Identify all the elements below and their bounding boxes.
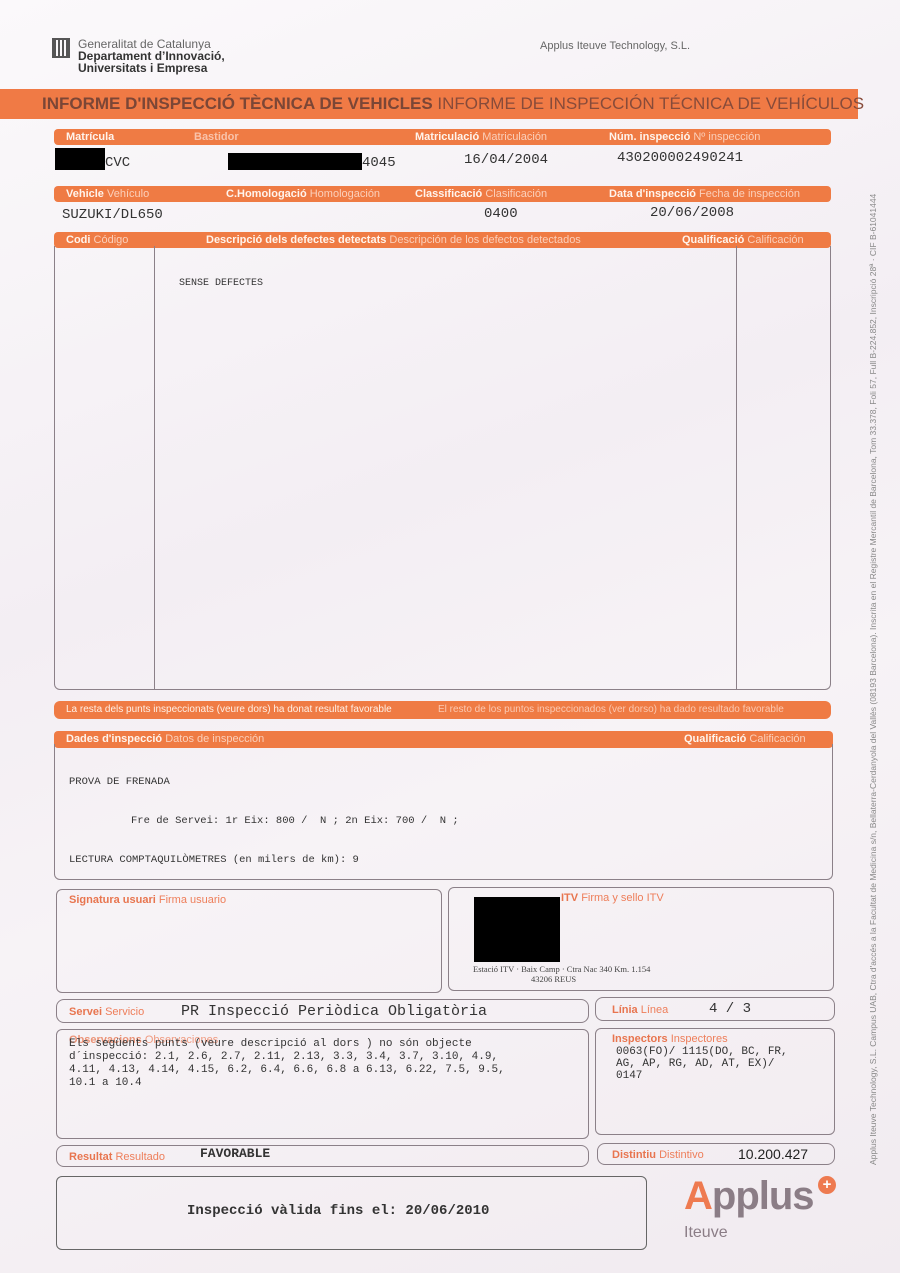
gencat-logo-icon	[52, 38, 70, 58]
vehicle-id-header-bar: Matrícula Bastidor Matriculació Matricul…	[54, 129, 831, 145]
inspector-line: 0147	[616, 1070, 788, 1082]
line-value: 4 / 3	[709, 1001, 751, 1017]
inspector-line: 0063(FO)/ 1115(DO, BC, FR,	[616, 1046, 788, 1058]
label-signatura-usuari: Signatura usuari	[69, 894, 156, 906]
applus-logo: Applus + Iteuve	[684, 1176, 814, 1242]
line-box: Línia Línea 4 / 3	[595, 997, 835, 1021]
inspection-data-box: PROVA DE FRENADA Fre de Servei: 1r Eix: …	[54, 744, 833, 880]
label-bastidor: Bastidor	[194, 129, 239, 145]
result-value: FAVORABLE	[200, 1146, 270, 1161]
service-box: Servei Servicio PR Inspecció Periòdica O…	[56, 999, 589, 1023]
validity-text: Inspecció vàlida fins el: 20/06/2010	[187, 1203, 489, 1219]
result-box: Resultat Resultado FAVORABLE	[56, 1145, 589, 1167]
redacted-stamp	[474, 897, 560, 962]
matricula-value: CVC	[105, 155, 130, 171]
label-itv-signature: ITV	[561, 892, 578, 904]
defects-list: SENSE DEFECTES	[179, 278, 263, 289]
favorable-note-ca: La resta dels punts inspeccionats (veure…	[66, 701, 392, 719]
validity-box: Inspecció vàlida fins el: 20/06/2010	[56, 1176, 647, 1250]
data-inspeccio-value: 20/06/2008	[650, 205, 734, 221]
observations-box: Observacions Observaciones Els següents …	[56, 1029, 589, 1139]
defects-table: SENSE DEFECTES	[54, 246, 831, 690]
applus-subbrand: Iteuve	[684, 1224, 814, 1242]
favorable-note-es: El resto de los puntos inspeccionados (v…	[438, 701, 784, 719]
defect-entry: SENSE DEFECTES	[179, 278, 263, 289]
label-vehicle: Vehicle	[66, 188, 104, 200]
observations-text: Els següents punts (veure descripció al …	[69, 1038, 505, 1090]
label-homologacio: C.Homologació	[226, 188, 307, 200]
label-num-inspeccio: Núm. inspecció	[609, 131, 690, 143]
bastidor-value: 4045	[362, 155, 396, 171]
label-inspectors: Inspectors	[612, 1033, 668, 1045]
distintiu-value: 10.200.427	[738, 1146, 808, 1162]
observation-line: 4.11, 4.13, 4.14, 4.15, 6.2, 6.4, 6.6, 6…	[69, 1064, 505, 1077]
brake-test-values: Fre de Servei: 1r Eix: 800 / N ; 2n Eix:…	[69, 815, 459, 828]
matriculacio-value: 16/04/2004	[464, 152, 548, 168]
label-matricula: Matrícula	[66, 129, 114, 145]
label-qualificacio: Qualificació	[682, 234, 744, 246]
label-descripcio: Descripció dels defectes detectats	[206, 234, 386, 246]
redacted-chassis	[228, 153, 362, 170]
distintiu-box: Distintiu Distintivo 10.200.427	[597, 1143, 835, 1165]
label-resultat: Resultat	[69, 1151, 112, 1163]
classificacio-value: 0400	[484, 206, 518, 222]
odometer-reading: LECTURA COMPTAQUILÒMETRES (en milers de …	[69, 854, 459, 867]
itv-stamp: Estació ITV · Baix Camp · Ctra Nac 340 K…	[473, 964, 650, 984]
vehicle-info-header-bar: Vehicle Vehículo C.Homologació Homologac…	[54, 186, 831, 202]
company-name: Applus Iteuve Technology, S.L.	[540, 40, 690, 52]
label-data-inspeccio: Data d'inspecció	[609, 188, 696, 200]
inspectors-text: 0063(FO)/ 1115(DO, BC, FR,AG, AP, RG, AD…	[616, 1046, 788, 1082]
inspection-report-page: Generalitat de Catalunya Departament d’I…	[0, 0, 900, 1273]
inspector-line: AG, AP, RG, AD, AT, EX)/	[616, 1058, 788, 1070]
service-value: PR Inspecció Periòdica Obligatòria	[181, 1003, 487, 1020]
inspectors-box: Inspectors Inspectores 0063(FO)/ 1115(DO…	[595, 1028, 835, 1135]
brake-test-title: PROVA DE FRENADA	[69, 776, 459, 789]
title-catalan: INFORME D'INSPECCIÓ TÈCNICA DE VEHICLES	[42, 94, 433, 113]
observation-line: 10.1 a 10.4	[69, 1077, 505, 1090]
label-matriculacio: Matriculació	[415, 131, 479, 143]
label-classificacio: Classificació	[415, 188, 482, 200]
num-inspeccio-value: 430200002490241	[617, 150, 743, 166]
gencat-header: Generalitat de Catalunya Departament d’I…	[52, 38, 225, 74]
observation-line: d´inspecció: 2.1, 2.6, 2.7, 2.11, 2.13, …	[69, 1051, 505, 1064]
vehicle-value: SUZUKI/DL650	[62, 207, 163, 223]
label-servei: Servei	[69, 1006, 102, 1018]
report-title: INFORME D'INSPECCIÓ TÈCNICA DE VEHICLES …	[0, 89, 858, 119]
user-signature-box: Signatura usuari Firma usuario	[56, 889, 442, 993]
label-codi: Codi	[66, 234, 90, 246]
department-name-2: Universitats i Empresa	[78, 62, 225, 74]
label-linia: Línia	[612, 1004, 638, 1016]
title-spanish: INFORME DE INSPECCIÓN TÉCNICA DE VEHÍCUL…	[437, 94, 864, 113]
observation-line: Els següents punts (veure descripció al …	[69, 1038, 505, 1051]
redacted-plate	[55, 148, 105, 170]
favorable-note-bar: La resta dels punts inspeccionats (veure…	[54, 701, 831, 719]
label-distintiu: Distintiu	[612, 1149, 656, 1161]
plus-icon: +	[818, 1176, 836, 1194]
legal-side-text: Applus Iteuve Technology, S.L. Campus UA…	[868, 135, 878, 1165]
